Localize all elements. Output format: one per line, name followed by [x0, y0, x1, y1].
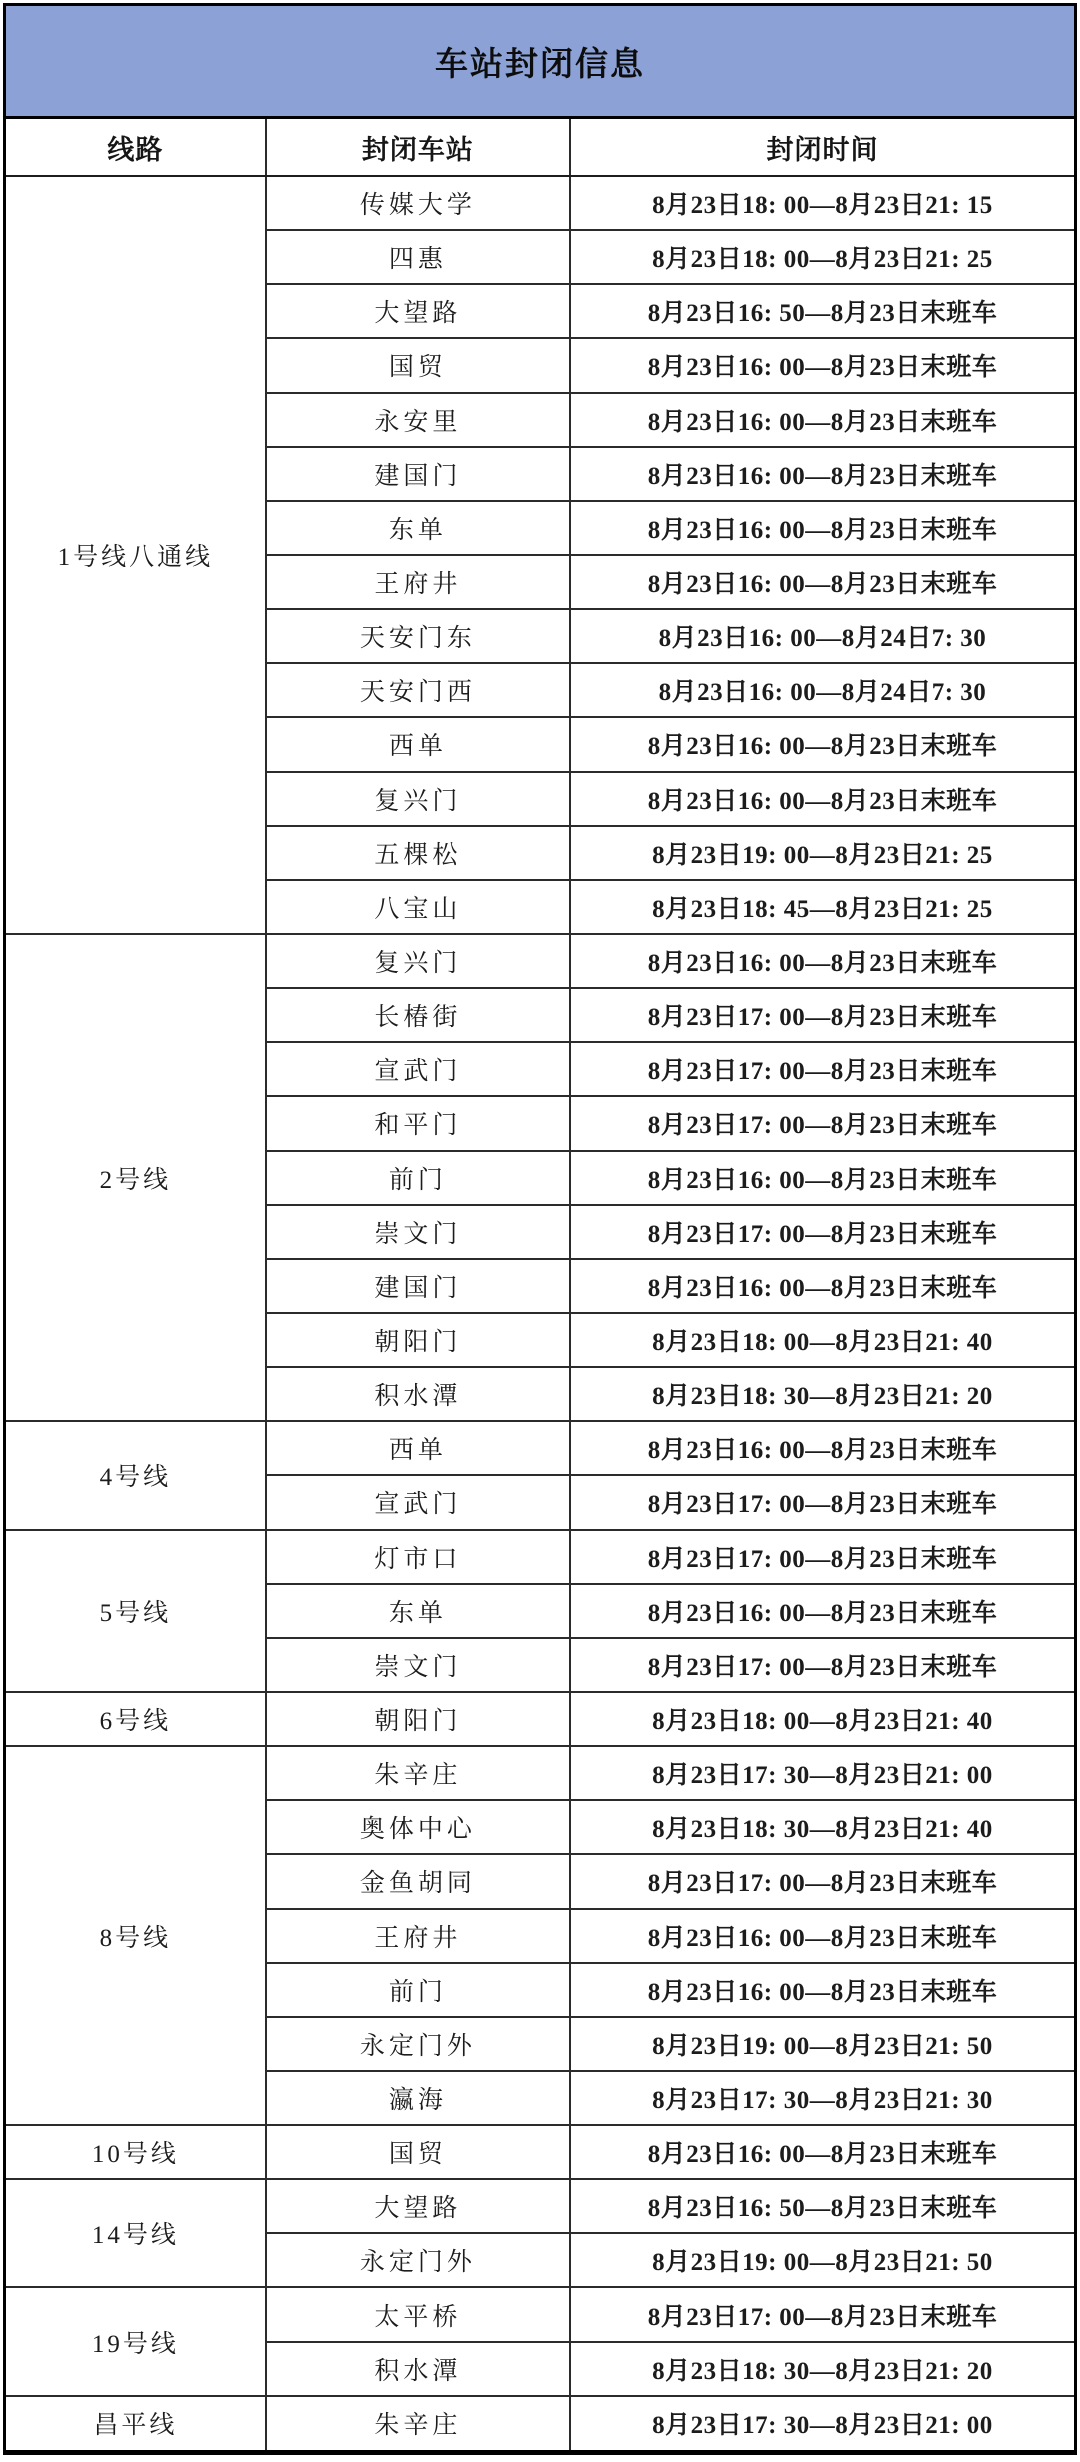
closure-time-cell: 8月23日16: 00—8月23日末班车 [570, 717, 1076, 771]
closure-time-cell: 8月23日18: 00—8月23日21: 15 [570, 176, 1076, 230]
closure-time-cell: 8月23日16: 00—8月23日末班车 [570, 1151, 1076, 1205]
closed-station-cell: 崇文门 [266, 1638, 570, 1692]
closure-time-cell: 8月23日19: 00—8月23日21: 50 [570, 2017, 1076, 2071]
table-row: 昌平线朱辛庄8月23日17: 30—8月23日21: 00 [5, 2396, 1076, 2453]
table-row: 4号线西单8月23日16: 00—8月23日末班车 [5, 1421, 1076, 1475]
col-header-line: 线路 [5, 118, 266, 177]
closure-time-cell: 8月23日18: 45—8月23日21: 25 [570, 880, 1076, 934]
closure-time-cell: 8月23日17: 00—8月23日末班车 [570, 1042, 1076, 1096]
closure-time-cell: 8月23日17: 00—8月23日末班车 [570, 1638, 1076, 1692]
closure-time-cell: 8月23日16: 00—8月23日末班车 [570, 934, 1076, 988]
closure-time-cell: 8月23日16: 00—8月23日末班车 [570, 447, 1076, 501]
closed-station-cell: 东单 [266, 501, 570, 555]
table-row: 2号线复兴门8月23日16: 00—8月23日末班车 [5, 934, 1076, 988]
closed-station-cell: 前门 [266, 1963, 570, 2017]
closure-time-cell: 8月23日17: 00—8月23日末班车 [570, 988, 1076, 1042]
closed-station-cell: 宣武门 [266, 1042, 570, 1096]
closure-time-cell: 8月23日18: 30—8月23日21: 40 [570, 1800, 1076, 1854]
station-closure-table: 车站封闭信息 线路 封闭车站 封闭时间 1号线八通线传媒大学8月23日18: 0… [3, 3, 1077, 2455]
line-name-cell: 8号线 [5, 1746, 266, 2125]
page-title: 车站封闭信息 [5, 5, 1076, 118]
closed-station-cell: 王府井 [266, 1909, 570, 1963]
closed-station-cell: 金鱼胡同 [266, 1854, 570, 1908]
closure-time-cell: 8月23日17: 00—8月23日末班车 [570, 1096, 1076, 1150]
closed-station-cell: 建国门 [266, 1259, 570, 1313]
line-name-cell: 5号线 [5, 1530, 266, 1692]
closed-station-cell: 朝阳门 [266, 1692, 570, 1746]
closed-station-cell: 国贸 [266, 338, 570, 392]
table-row: 6号线朝阳门8月23日18: 00—8月23日21: 40 [5, 1692, 1076, 1746]
closure-time-cell: 8月23日18: 00—8月23日21: 40 [570, 1313, 1076, 1367]
closure-time-cell: 8月23日16: 00—8月23日末班车 [570, 501, 1076, 555]
closed-station-cell: 朱辛庄 [266, 2396, 570, 2453]
closure-time-cell: 8月23日17: 00—8月23日末班车 [570, 1854, 1076, 1908]
closed-station-cell: 八宝山 [266, 880, 570, 934]
closure-time-cell: 8月23日16: 00—8月23日末班车 [570, 1259, 1076, 1313]
table-row: 10号线国贸8月23日16: 00—8月23日末班车 [5, 2125, 1076, 2179]
closed-station-cell: 积水潭 [266, 1367, 570, 1421]
closure-time-cell: 8月23日18: 30—8月23日21: 20 [570, 2342, 1076, 2396]
closed-station-cell: 永安里 [266, 393, 570, 447]
closed-station-cell: 王府井 [266, 555, 570, 609]
closed-station-cell: 天安门东 [266, 609, 570, 663]
closed-station-cell: 国贸 [266, 2125, 570, 2179]
closed-station-cell: 四惠 [266, 230, 570, 284]
closed-station-cell: 永定门外 [266, 2017, 570, 2071]
line-name-cell: 4号线 [5, 1421, 266, 1529]
closure-time-cell: 8月23日17: 00—8月23日末班车 [570, 1205, 1076, 1259]
line-name-cell: 10号线 [5, 2125, 266, 2179]
closure-time-cell: 8月23日17: 00—8月23日末班车 [570, 2287, 1076, 2341]
table-row: 14号线大望路8月23日16: 50—8月23日末班车 [5, 2179, 1076, 2233]
closed-station-cell: 朝阳门 [266, 1313, 570, 1367]
closed-station-cell: 西单 [266, 1421, 570, 1475]
table-row: 1号线八通线传媒大学8月23日18: 00—8月23日21: 15 [5, 176, 1076, 230]
closure-time-cell: 8月23日17: 30—8月23日21: 00 [570, 2396, 1076, 2453]
closed-station-cell: 大望路 [266, 284, 570, 338]
col-header-station: 封闭车站 [266, 118, 570, 177]
closed-station-cell: 天安门西 [266, 663, 570, 717]
closed-station-cell: 灯市口 [266, 1530, 570, 1584]
table-row: 19号线太平桥8月23日17: 00—8月23日末班车 [5, 2287, 1076, 2341]
table-row: 8号线朱辛庄8月23日17: 30—8月23日21: 00 [5, 1746, 1076, 1800]
line-name-cell: 6号线 [5, 1692, 266, 1746]
closure-time-cell: 8月23日17: 30—8月23日21: 30 [570, 2071, 1076, 2125]
closure-time-cell: 8月23日19: 00—8月23日21: 50 [570, 2233, 1076, 2287]
closure-time-cell: 8月23日18: 00—8月23日21: 40 [570, 1692, 1076, 1746]
line-name-cell: 1号线八通线 [5, 176, 266, 934]
closed-station-cell: 建国门 [266, 447, 570, 501]
line-name-cell: 昌平线 [5, 2396, 266, 2453]
closure-time-cell: 8月23日18: 00—8月23日21: 25 [570, 230, 1076, 284]
closed-station-cell: 积水潭 [266, 2342, 570, 2396]
page: 车站封闭信息 线路 封闭车站 封闭时间 1号线八通线传媒大学8月23日18: 0… [0, 0, 1080, 2462]
closed-station-cell: 和平门 [266, 1096, 570, 1150]
line-name-cell: 2号线 [5, 934, 266, 1421]
closed-station-cell: 东单 [266, 1584, 570, 1638]
closed-station-cell: 传媒大学 [266, 176, 570, 230]
closure-time-cell: 8月23日16: 00—8月23日末班车 [570, 1963, 1076, 2017]
title-row: 车站封闭信息 [5, 5, 1076, 118]
closed-station-cell: 复兴门 [266, 934, 570, 988]
closed-station-cell: 西单 [266, 717, 570, 771]
table-row: 5号线灯市口8月23日17: 00—8月23日末班车 [5, 1530, 1076, 1584]
closed-station-cell: 复兴门 [266, 772, 570, 826]
closure-time-cell: 8月23日16: 00—8月23日末班车 [570, 393, 1076, 447]
closure-time-cell: 8月23日16: 00—8月23日末班车 [570, 2125, 1076, 2179]
closed-station-cell: 瀛海 [266, 2071, 570, 2125]
closure-time-cell: 8月23日17: 00—8月23日末班车 [570, 1475, 1076, 1529]
closed-station-cell: 宣武门 [266, 1475, 570, 1529]
closed-station-cell: 长椿街 [266, 988, 570, 1042]
closure-time-cell: 8月23日16: 00—8月24日7: 30 [570, 609, 1076, 663]
closure-time-cell: 8月23日16: 00—8月23日末班车 [570, 555, 1076, 609]
closure-time-cell: 8月23日16: 50—8月23日末班车 [570, 284, 1076, 338]
closed-station-cell: 大望路 [266, 2179, 570, 2233]
closure-time-cell: 8月23日17: 00—8月23日末班车 [570, 1530, 1076, 1584]
closed-station-cell: 朱辛庄 [266, 1746, 570, 1800]
closure-time-cell: 8月23日19: 00—8月23日21: 25 [570, 826, 1076, 880]
col-header-time: 封闭时间 [570, 118, 1076, 177]
closed-station-cell: 太平桥 [266, 2287, 570, 2341]
closure-time-cell: 8月23日16: 00—8月24日7: 30 [570, 663, 1076, 717]
column-header-row: 线路 封闭车站 封闭时间 [5, 118, 1076, 177]
closure-time-cell: 8月23日16: 00—8月23日末班车 [570, 1584, 1076, 1638]
closed-station-cell: 五棵松 [266, 826, 570, 880]
line-name-cell: 19号线 [5, 2287, 266, 2395]
closed-station-cell: 奥体中心 [266, 1800, 570, 1854]
closure-time-cell: 8月23日17: 30—8月23日21: 00 [570, 1746, 1076, 1800]
closure-time-cell: 8月23日16: 00—8月23日末班车 [570, 338, 1076, 392]
closure-time-cell: 8月23日18: 30—8月23日21: 20 [570, 1367, 1076, 1421]
closed-station-cell: 崇文门 [266, 1205, 570, 1259]
closure-time-cell: 8月23日16: 00—8月23日末班车 [570, 772, 1076, 826]
closure-time-cell: 8月23日16: 00—8月23日末班车 [570, 1909, 1076, 1963]
closure-time-cell: 8月23日16: 50—8月23日末班车 [570, 2179, 1076, 2233]
closed-station-cell: 永定门外 [266, 2233, 570, 2287]
closed-station-cell: 前门 [266, 1151, 570, 1205]
closure-time-cell: 8月23日16: 00—8月23日末班车 [570, 1421, 1076, 1475]
line-name-cell: 14号线 [5, 2179, 266, 2287]
